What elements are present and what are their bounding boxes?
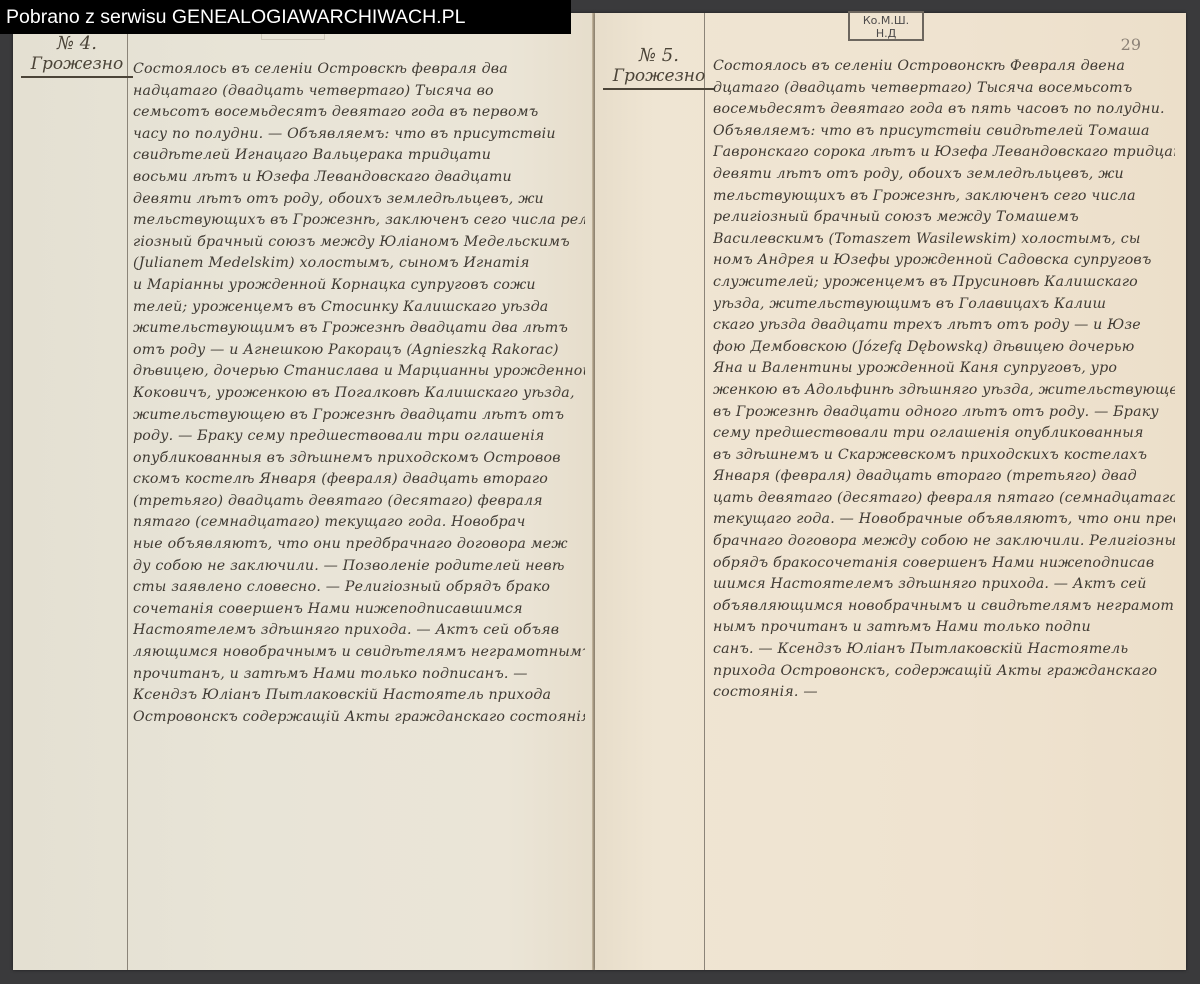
entry-place: Грожезно — [21, 54, 133, 78]
handwritten-line: жительствующею въ Грожезнѣ двадцати лѣтъ… — [133, 405, 585, 427]
handwritten-line: Коковичъ, уроженкою въ Погалковѣ Калишск… — [133, 383, 585, 405]
handwritten-line: часу по полудни. — Объявляемъ: что въ пр… — [133, 124, 585, 146]
handwritten-line: обрядъ бракосочетанія совершенъ Нами ниж… — [713, 553, 1175, 575]
entry-header: № 4. Грожезно — [21, 33, 133, 78]
handwritten-line: отъ роду — и Агнешкою Ракорацъ (Agnieszk… — [133, 340, 585, 362]
handwritten-line: тельствующихъ въ Грожезнѣ, заключенъ сег… — [133, 210, 585, 232]
handwritten-line: дцатаго (двадцать четвертаго) Тысяча вос… — [713, 78, 1175, 100]
handwritten-line: сочетанія совершенъ Нами нижеподписавшим… — [133, 599, 585, 621]
handwritten-line: девяти лѣтъ отъ роду, обоихъ земледѣльце… — [713, 164, 1175, 186]
handwritten-line: семьсотъ восемьдесятъ девятаго года въ п… — [133, 102, 585, 124]
right-page: Ко.М.Ш. Н.Д 29 № 5. Грожезно Состоялось … — [595, 13, 1186, 970]
entry-place: Грожезно — [603, 66, 715, 90]
handwritten-line: санъ. — Ксендзъ Юліанъ Пытлаковскій Наст… — [713, 639, 1175, 661]
handwritten-line: Гавронскаго сорока лѣтъ и Юзефа Левандов… — [713, 142, 1175, 164]
handwritten-line: Ксендзъ Юліанъ Пытлаковскій Настоятель п… — [133, 685, 585, 707]
handwritten-line: состоянія. — — [713, 682, 1175, 704]
handwritten-line: Островонскъ содержащій Акты гражданскаго… — [133, 707, 585, 729]
entry-body-text: Состоялось въ селеніи Островскѣ февраля … — [133, 59, 585, 728]
handwritten-line: тельствующихъ въ Грожезнѣ, заключенъ сег… — [713, 186, 1175, 208]
handwritten-line: Состоялось въ селеніи Островскѣ февраля … — [133, 59, 585, 81]
handwritten-line: въ Грожезнѣ двадцати одного лѣтъ отъ род… — [713, 402, 1175, 424]
archive-stamp: Ко.М.Ш. Н.Д — [848, 11, 924, 41]
handwritten-line: опубликованныя въ здѣшнемъ приходскомъ О… — [133, 448, 585, 470]
entry-body-text: Состоялось въ селеніи Островонскѣ Феврал… — [713, 56, 1175, 704]
handwritten-line: въ здѣшнемъ и Скаржевскомъ приходскихъ к… — [713, 445, 1175, 467]
handwritten-line: пятаго (семнадцатаго) текущаго года. Нов… — [133, 512, 585, 534]
handwritten-line: девяти лѣтъ отъ роду, обоихъ земледѣльце… — [133, 189, 585, 211]
handwritten-line: прочитанъ, и затѣмъ Нами только подписан… — [133, 664, 585, 686]
handwritten-line: восемьдесятъ девятаго года въ пять часов… — [713, 99, 1175, 121]
handwritten-line: скаго уѣзда двадцати трехъ лѣтъ отъ роду… — [713, 315, 1175, 337]
handwritten-line: прихода Островонскъ, содержащій Акты гра… — [713, 661, 1175, 683]
stamp-line-1: Ко.М.Ш. — [850, 14, 922, 27]
handwritten-line: Яна и Валентины урожденной Каня супругов… — [713, 358, 1175, 380]
handwritten-line: текущаго года. — Новобрачные объявляютъ,… — [713, 509, 1175, 531]
handwritten-line: ду собою не заключили. — Позволеніе роди… — [133, 556, 585, 578]
handwritten-line: Состоялось въ селеніи Островонскѣ Феврал… — [713, 56, 1175, 78]
handwritten-line: брачнаго договора между собою не заключи… — [713, 531, 1175, 553]
handwritten-line: роду. — Браку сему предшествовали три ог… — [133, 426, 585, 448]
handwritten-line: религіозный брачный союзъ между Томашемъ — [713, 207, 1175, 229]
margin-rule — [127, 13, 128, 970]
handwritten-line: шимся Настоятелемъ здѣшняго прихода. — А… — [713, 574, 1175, 596]
download-watermark-banner: Pobrano z serwisu GENEALOGIAWARCHIWACH.P… — [0, 0, 571, 34]
left-page: № 4. Грожезно Состоялось въ селеніи Остр… — [13, 13, 594, 970]
handwritten-line: уѣзда, жительствующимъ въ Голавицахъ Кал… — [713, 294, 1175, 316]
handwritten-line: телей; уроженцемъ въ Стосинку Калишскаго… — [133, 297, 585, 319]
handwritten-line: восьми лѣтъ и Юзефа Левандовскаго двадца… — [133, 167, 585, 189]
handwritten-line: нымъ прочитанъ и затѣмъ Нами только подп… — [713, 617, 1175, 639]
entry-header: № 5. Грожезно — [603, 45, 715, 90]
handwritten-line: сему предшествовали три оглашенія опубли… — [713, 423, 1175, 445]
entry-number: № 5. — [603, 45, 715, 66]
handwritten-line: дѣвицею, дочерью Станислава и Марцианны … — [133, 361, 585, 383]
handwritten-line: Настоятелемъ здѣшняго прихода. — Актъ се… — [133, 620, 585, 642]
handwritten-line: сты заявлено словесно. — Религіозный обр… — [133, 577, 585, 599]
handwritten-line: цать девятаго (десятаго) февраля пятаго … — [713, 488, 1175, 510]
handwritten-line: и Маріанны урожденной Корнацка супруговъ… — [133, 275, 585, 297]
stamp-line-2: Н.Д — [850, 27, 922, 40]
handwritten-line: скомъ костелѣ Января (февраля) двадцать … — [133, 469, 585, 491]
page-number: 29 — [1121, 35, 1141, 54]
handwritten-line: свидѣтелей Игнацаго Вальцерака тридцати — [133, 145, 585, 167]
handwritten-line: ляющимся новобрачнымъ и свидѣтелямъ негр… — [133, 642, 585, 664]
handwritten-line: номъ Андрея и Юзефы урожденной Садовска … — [713, 250, 1175, 272]
handwritten-line: Василевскимъ (Tomaszem Wasilewskim) холо… — [713, 229, 1175, 251]
handwritten-line: объявляющимся новобрачнымъ и свидѣтелямъ… — [713, 596, 1175, 618]
handwritten-line: гіозный брачный союзъ между Юліаномъ Мед… — [133, 232, 585, 254]
handwritten-line: (Julianem Medelskim) холостымъ, сыномъ И… — [133, 253, 585, 275]
entry-number: № 4. — [21, 33, 133, 54]
handwritten-line: фою Дембовскою (Józefą Dębowską) дѣвицею… — [713, 337, 1175, 359]
handwritten-line: Января (февраля) двадцать втораго (треть… — [713, 466, 1175, 488]
handwritten-line: ные объявляютъ, что они предбрачнаго дог… — [133, 534, 585, 556]
handwritten-line: Объявляемъ: что въ присутствіи свидѣтеле… — [713, 121, 1175, 143]
margin-rule — [704, 13, 705, 970]
handwritten-line: (третьяго) двадцать девятаго (десятаго) … — [133, 491, 585, 513]
handwritten-line: женкою въ Адольфинѣ здѣшняго уѣзда, жите… — [713, 380, 1175, 402]
handwritten-line: служителей; уроженцемъ въ Прусиновѣ Кали… — [713, 272, 1175, 294]
handwritten-line: жительствующимъ въ Грожезнѣ двадцати два… — [133, 318, 585, 340]
handwritten-line: надцатаго (двадцать четвертаго) Тысяча в… — [133, 81, 585, 103]
